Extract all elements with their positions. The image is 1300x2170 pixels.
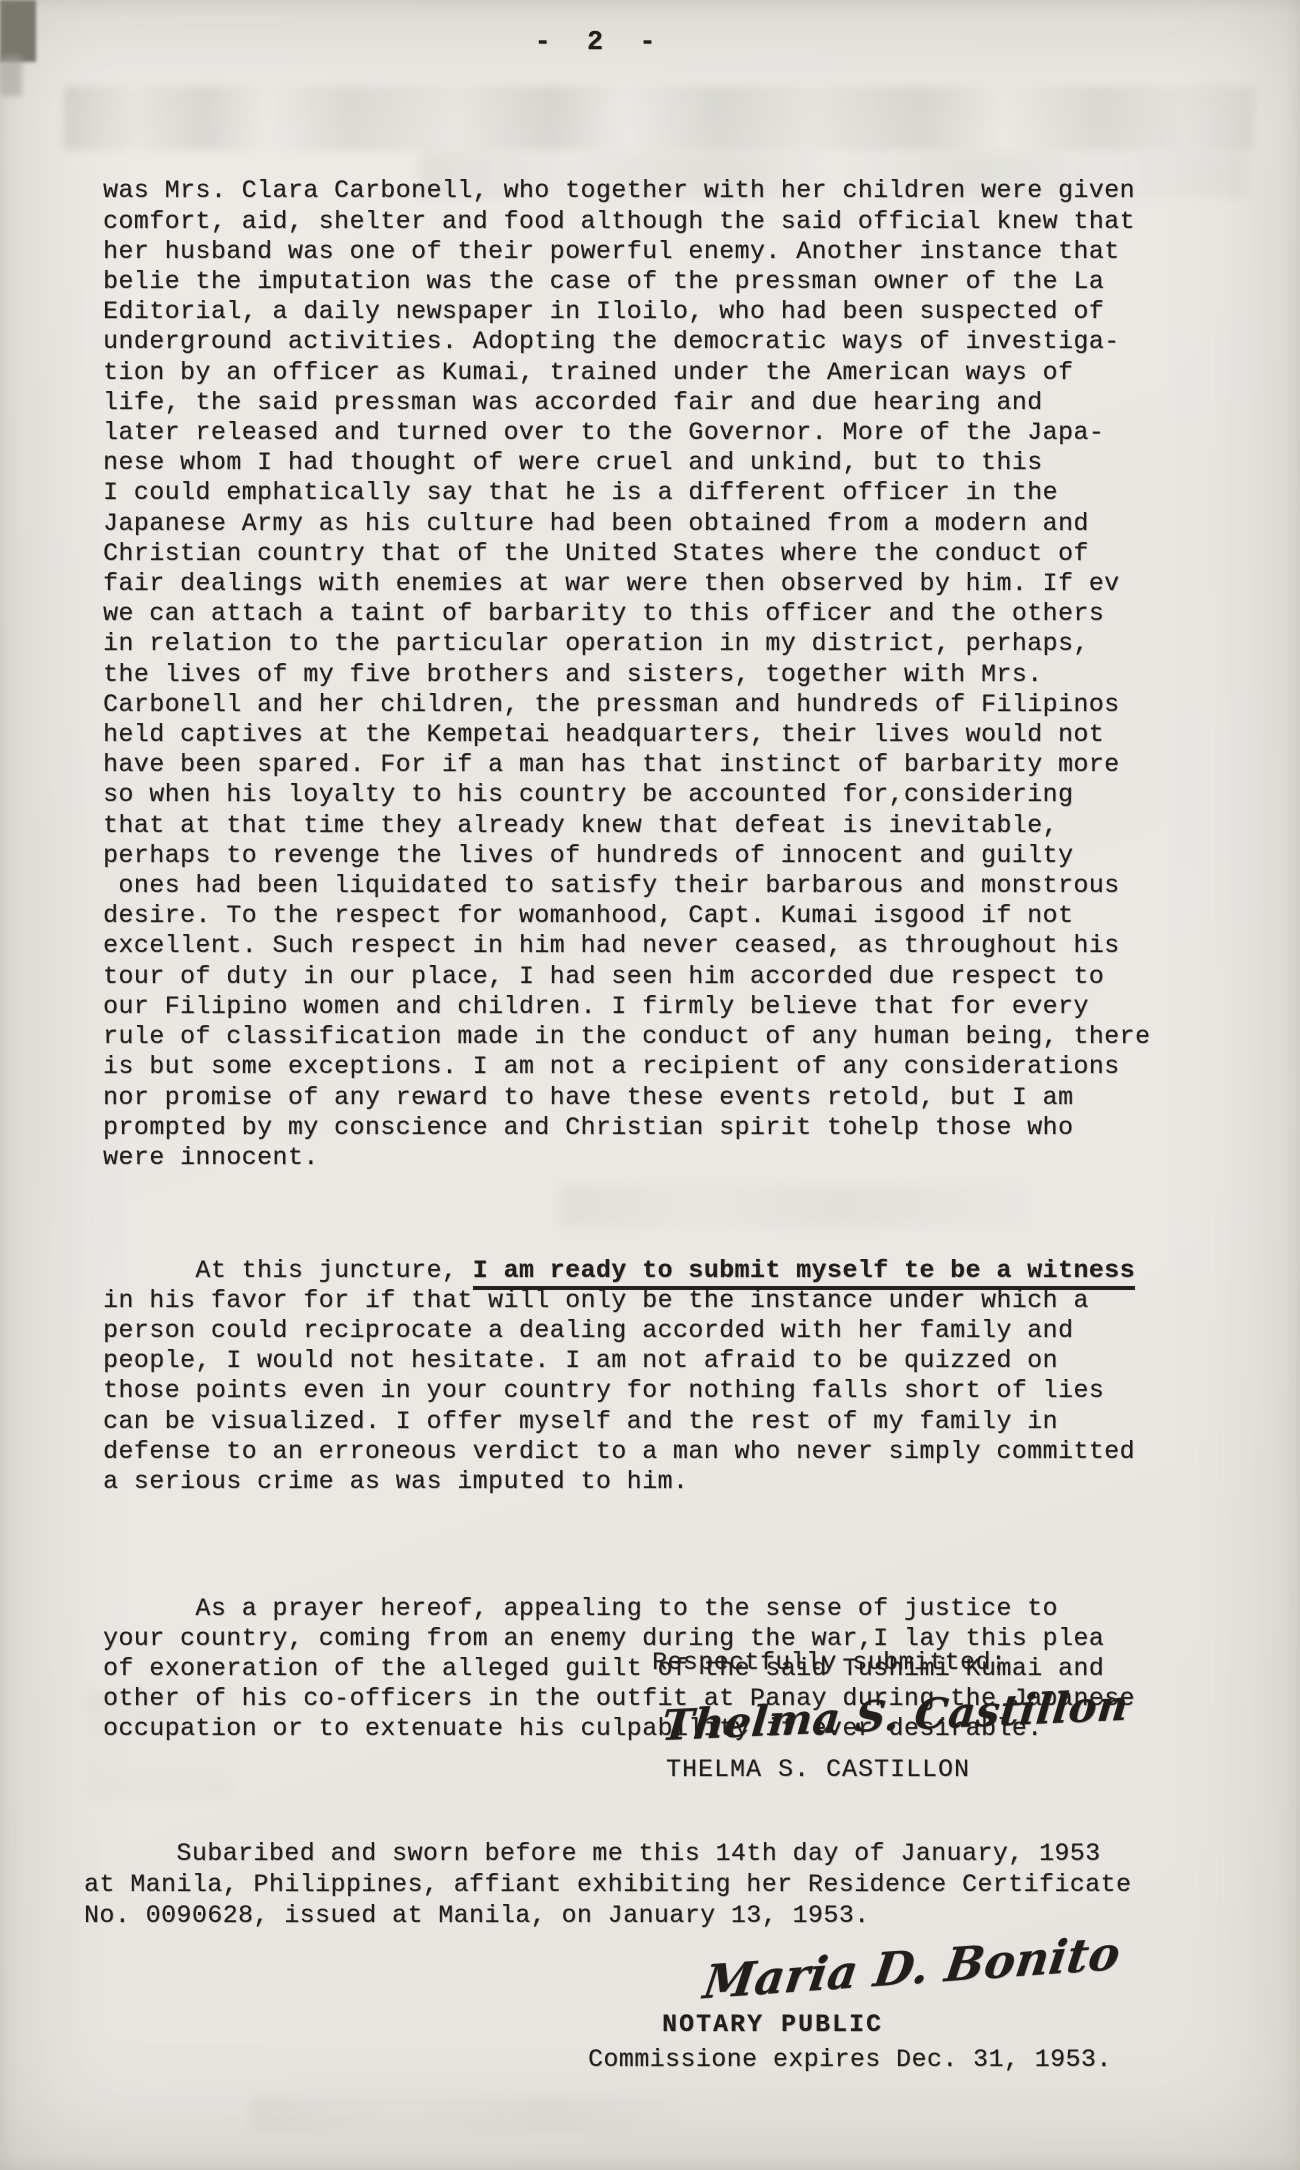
commission-expiry-line: Commissione expires Dec. 31, 1953. xyxy=(588,2045,1121,2074)
letter-body: was Mrs. Clara Carbonell, who together w… xyxy=(103,116,1223,1805)
respectfully-submitted-label: Respectfully submitted: xyxy=(652,1648,1129,1677)
underlined-witness-statement: I am ready to submit myself te be a witn… xyxy=(473,1256,1135,1290)
notary-signature-block: Maria D. Bonito NOTARY PUBLIC Commission… xyxy=(588,1956,1121,2074)
paragraph-2-lead: At this juncture, xyxy=(103,1256,473,1285)
closing-block: Respectfully submitted: Thelma S. Castil… xyxy=(652,1648,1129,1784)
paragraph-2: At this juncture, I am ready to submit m… xyxy=(103,1256,1223,1498)
scanned-affidavit-page: - 2 - was Mrs. Clara Carbonell, who toge… xyxy=(0,0,1300,2170)
affiant-typed-name: THELMA S. CASTILLON xyxy=(666,1755,1129,1784)
notary-public-title: NOTARY PUBLIC xyxy=(662,2010,1121,2039)
paragraph-1: was Mrs. Clara Carbonell, who together w… xyxy=(103,176,1223,1173)
notary-jurat: Subaribed and sworn before me this 14th … xyxy=(84,1838,1234,1931)
scan-corner-artifact-fade xyxy=(0,56,22,96)
page-number: - 2 - xyxy=(0,28,1200,58)
affiant-signature-handwritten: Thelma S. Castillon xyxy=(660,1683,1131,1750)
bleedthrough-bottom-band xyxy=(250,2096,680,2130)
notary-signature-handwritten: Maria D. Bonito xyxy=(700,1927,1123,2009)
paragraph-2-rest: in his favor for if that will only be th… xyxy=(103,1286,1135,1496)
